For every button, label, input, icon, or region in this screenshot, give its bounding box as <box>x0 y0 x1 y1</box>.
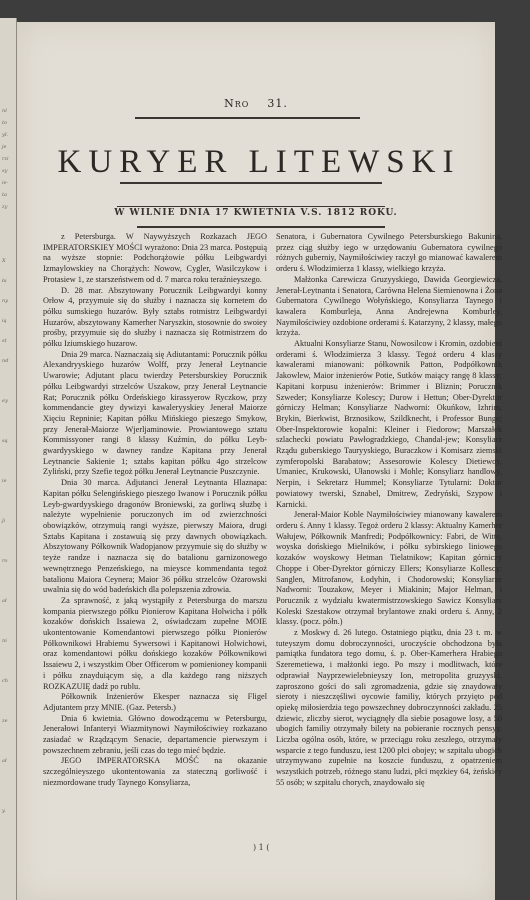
newspaper-title: KURYER LITEWSKI <box>35 144 483 181</box>
article-paragraph: D. 28 mar. Abszytowany Porucznik Leibgwa… <box>43 286 267 350</box>
right-column: Senatora, i Gubernatora Cywilnego Peters… <box>276 232 502 789</box>
article-paragraph: JEGO IMPERATORSKA MOŚĆ na okazanie szcze… <box>43 756 267 788</box>
dateline-top-rule <box>120 182 382 184</box>
newspaper-page: NRO 31. KURYER LITEWSKI W WILNIE DNIA 17… <box>17 22 495 900</box>
issue-number: NRO 31. <box>17 97 495 110</box>
article-paragraph: Dnia 30 marca. Adjutanci Jenerał Leytnan… <box>43 478 267 596</box>
issue-number-prefix-small: RO <box>235 100 250 109</box>
article-paragraph: Za sprawność, z jaką wystąpiły z Petersb… <box>43 596 267 692</box>
previous-page-edge: nl to ył. je rzi sy ie- ta zy X ła ny ią… <box>0 18 17 900</box>
article-paragraph: Jenerał-Maior Koble Naymiłościwiey miano… <box>276 510 502 628</box>
dateline: W WILNIE DNIA 17 KWIETNIA V.S. 1812 ROKU… <box>17 208 495 218</box>
article-paragraph: Dnia 6 kwietnia. Główno dowodzącemu w Pe… <box>43 714 267 757</box>
article-paragraph: Dnia 29 marca. Naznaczaią się Adiutantam… <box>43 350 267 478</box>
dateline-bottom-rule-hidden <box>117 206 385 207</box>
article-paragraph: Małżonka Carewicza Gruzyyskiego, Dawida … <box>276 275 502 339</box>
issue-number-value: 31. <box>267 97 288 110</box>
dateline-bottom-rule <box>137 226 385 228</box>
article-paragraph: Senatora, i Gubernatora Cywilnego Peters… <box>276 232 502 275</box>
issue-number-prefix: N <box>224 97 235 110</box>
article-paragraph: Aktualni Konsyliarze Stanu, Nowosilcow i… <box>276 339 502 510</box>
article-paragraph: Półkownik Inżenierów Ekesper naznacza si… <box>43 692 267 713</box>
page-marker: ) 1 ( <box>253 843 269 852</box>
masthead-top-rule <box>135 117 360 119</box>
left-column: z Petersburga. W Naywyższych Rozkazach J… <box>43 232 267 789</box>
article-paragraph: z Moskwy d. 26 lutego. Ostatniego piątku… <box>276 628 502 789</box>
article-paragraph: z Petersburga. W Naywyższych Rozkazach J… <box>43 232 267 286</box>
